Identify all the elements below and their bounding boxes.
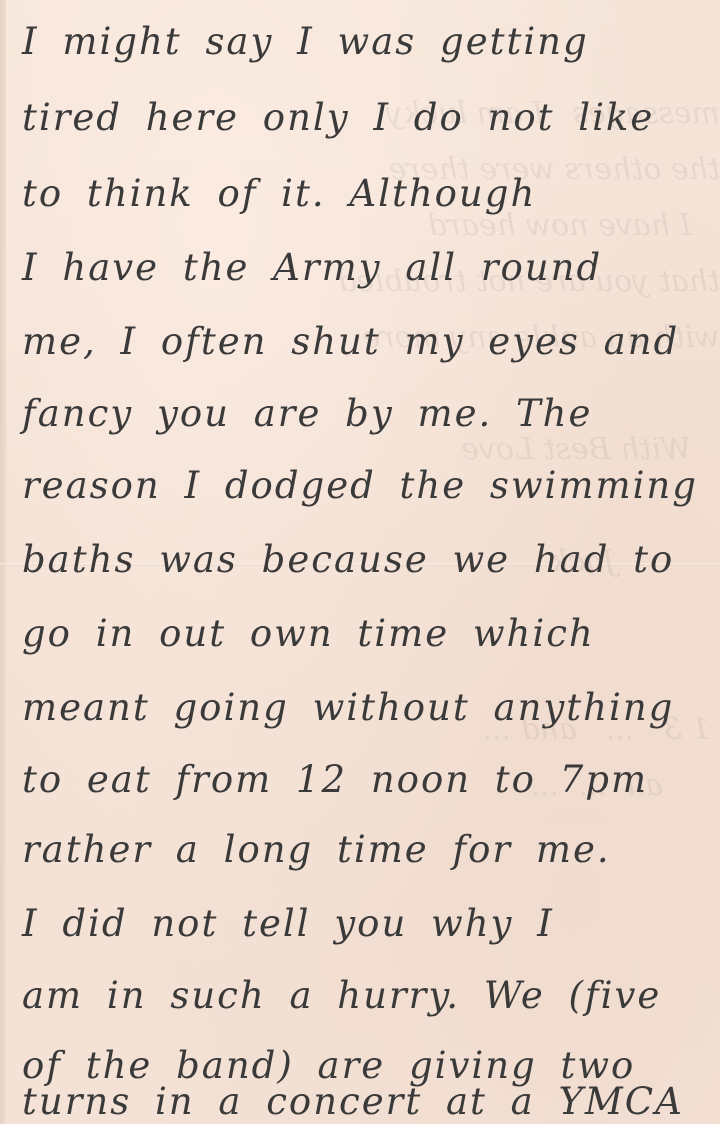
text-line: fancy you are by me. The xyxy=(22,392,592,435)
paper-left-edge xyxy=(0,0,6,1124)
text-line: reason I dodged the swimming xyxy=(22,464,698,507)
text-line: to eat from 12 noon to 7pm xyxy=(22,758,648,801)
text-line: turns in a concert at a YMCA xyxy=(22,1080,684,1123)
text-line: me, I often shut my eyes and xyxy=(22,320,679,363)
text-line: rather a long time for me. xyxy=(22,828,611,871)
text-line: I did not tell you why I xyxy=(22,902,554,945)
text-line: go in out own time which xyxy=(22,612,595,655)
text-line: am in such a hurry. We (five xyxy=(22,974,661,1017)
text-line: meant going without anything xyxy=(22,686,674,729)
text-line: I have the Army all round xyxy=(22,246,602,289)
letter-page: messages I am lucky the others were ther… xyxy=(0,0,720,1124)
text-line: tired here only I do not like xyxy=(22,96,654,139)
text-line: to think of it. Although xyxy=(22,172,536,215)
text-line: baths was because we had to xyxy=(22,538,674,581)
text-line: I might say I was getting xyxy=(22,20,589,63)
